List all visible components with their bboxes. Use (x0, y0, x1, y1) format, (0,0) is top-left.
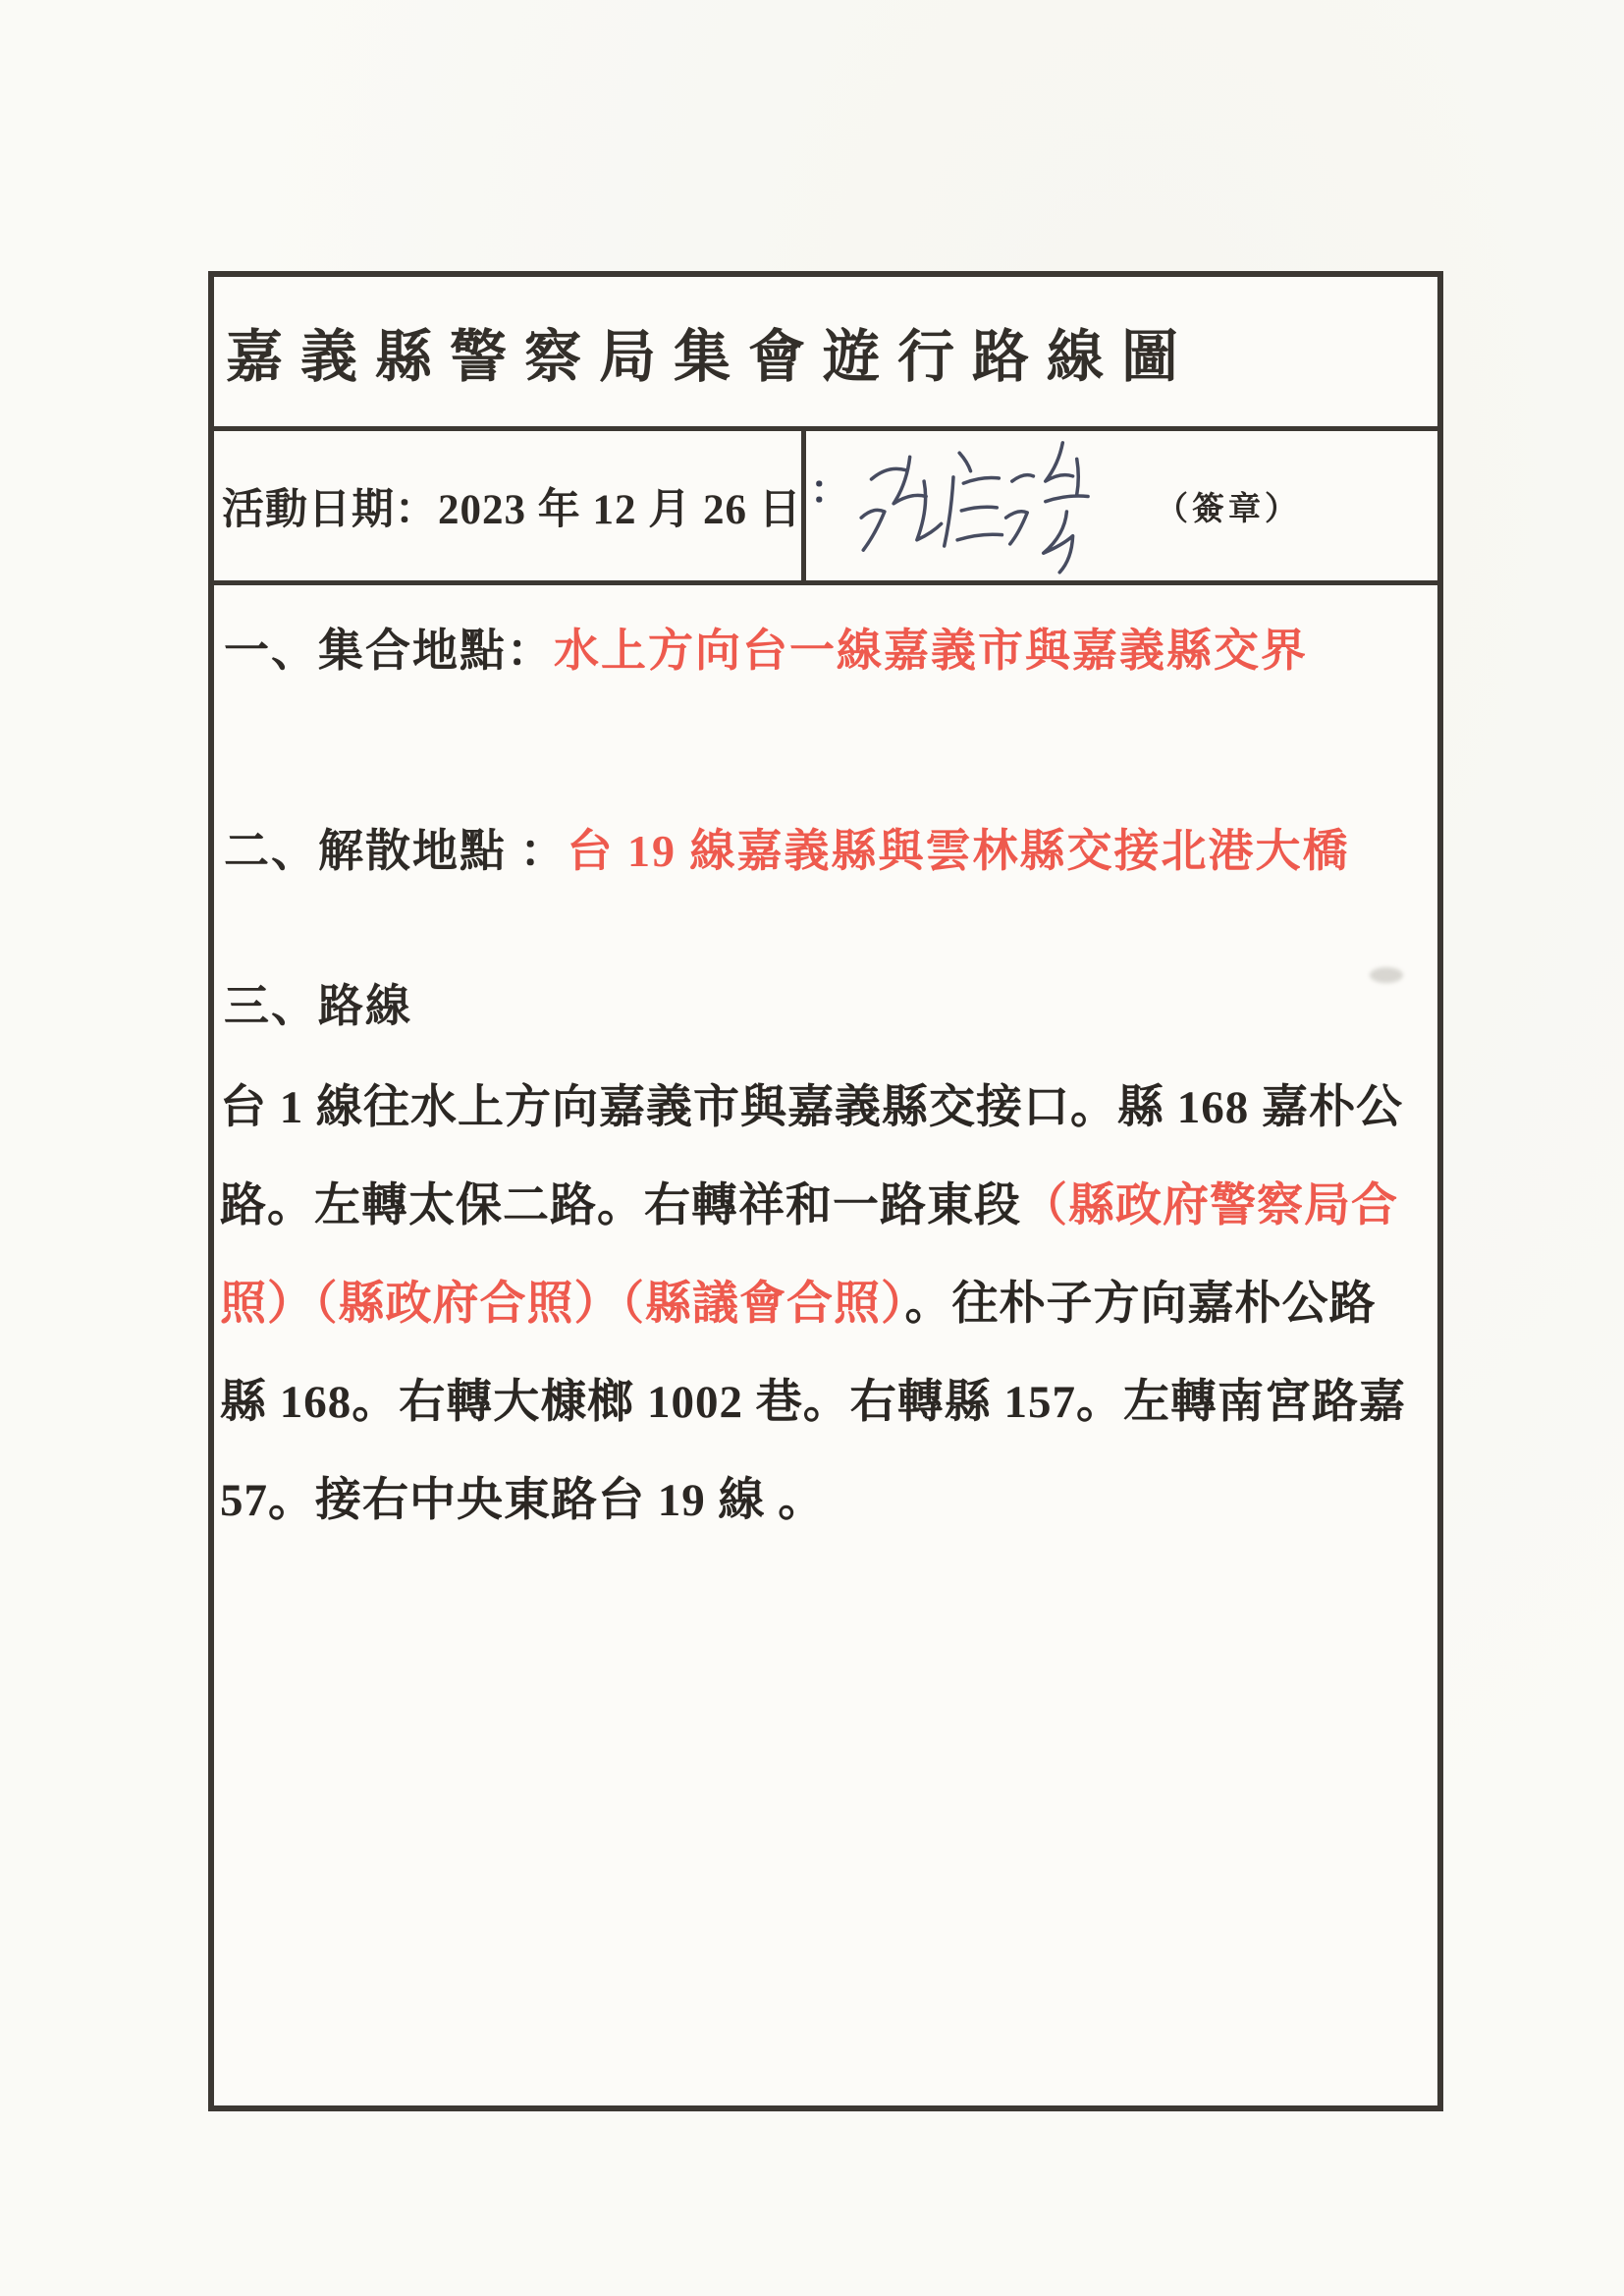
dispersal-point-value: 台 19 線嘉義縣與雲林縣交接北港大橋 (568, 826, 1350, 876)
route-segment: 57。接右中央東路台 19 線 。 (220, 1475, 825, 1526)
route-segment: 台 1 線往水上方向嘉義市與嘉義縣交接口。縣 168 嘉朴公 (220, 1082, 1403, 1133)
section-dispersal-point: 二、解散地點 ：台 19 線嘉義縣與雲林縣交接北港大橋 (224, 815, 1434, 880)
event-date-value: 2023 年 12 月 26 日 (438, 487, 802, 533)
route-heading-label: 三、路線 (224, 981, 412, 1031)
stamp-label: （簽章） (1156, 483, 1301, 529)
route-segment: 路。左轉太保二路。右轉祥和一路東段 (220, 1180, 1021, 1231)
section-route-heading: 三、路線 (224, 970, 1434, 1035)
event-date-label: 活動日期 (222, 487, 395, 533)
route-line: 縣 168。右轉大槺榔 1002 巷。右轉縣 157。左轉南宮路嘉 (220, 1353, 1434, 1451)
event-date-separator: ： (395, 487, 438, 533)
signature-cell: ： (806, 431, 1437, 580)
assembly-point-value: 水上方向台一線嘉義市與嘉義縣交界 (554, 626, 1308, 676)
dispersal-point-label: 二、解散地點 ： (224, 826, 568, 876)
scanned-page: 嘉義縣警察局集會遊行路線圖 活動日期：2023 年 12 月 26 日 ： (0, 0, 1624, 2296)
route-segment-highlight: 照）（縣政府合照）（縣議會合照） (220, 1279, 905, 1330)
title-row: 嘉義縣警察局集會遊行路線圖 (214, 277, 1437, 431)
scan-smudge (1370, 967, 1403, 983)
event-date-text: 活動日期：2023 年 12 月 26 日 (222, 476, 802, 536)
route-paragraph: 台 1 線往水上方向嘉義市與嘉義縣交接口。縣 168 嘉朴公 路。左轉太保二路。… (220, 1059, 1434, 1550)
route-line: 57。接右中央東路台 19 線 。 (220, 1451, 1434, 1550)
date-signature-row: 活動日期：2023 年 12 月 26 日 ： (214, 431, 1437, 585)
route-line: 台 1 線往水上方向嘉義市與嘉義縣交接口。縣 168 嘉朴公 (220, 1059, 1434, 1157)
signature-colon: ： (810, 459, 849, 515)
route-segment-highlight: （縣政府警察局合 (1021, 1180, 1398, 1231)
signature-scribble (855, 435, 1118, 590)
route-line: 路。左轉太保二路。右轉祥和一路東段（縣政府警察局合 (220, 1157, 1434, 1255)
section-assembly-point: 一、集合地點：水上方向台一線嘉義市與嘉義縣交界 (224, 615, 1434, 680)
document-table: 嘉義縣警察局集會遊行路線圖 活動日期：2023 年 12 月 26 日 ： (208, 271, 1443, 2111)
event-date-cell: 活動日期：2023 年 12 月 26 日 (214, 431, 806, 580)
assembly-point-label: 一、集合地點： (224, 626, 554, 676)
page-title: 嘉義縣警察局集會遊行路線圖 (226, 310, 1196, 393)
route-line: 照）（縣政府合照）（縣議會合照）。往朴子方向嘉朴公路 (220, 1255, 1434, 1353)
route-segment: 縣 168。右轉大槺榔 1002 巷。右轉縣 157。左轉南宮路嘉 (220, 1377, 1406, 1428)
document-body: 一、集合地點：水上方向台一線嘉義市與嘉義縣交界 二、解散地點 ：台 19 線嘉義… (214, 615, 1437, 1550)
route-segment: 。往朴子方向嘉朴公路 (905, 1279, 1377, 1330)
